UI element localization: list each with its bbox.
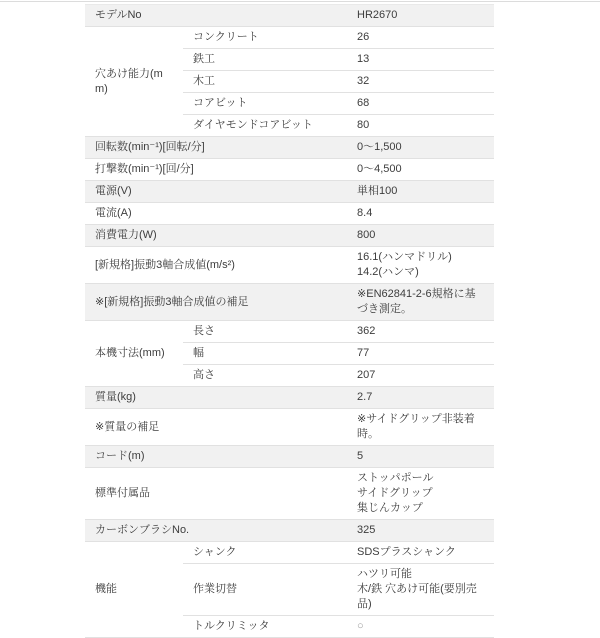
spec-value-line: 14.2(ハンマ) — [357, 265, 484, 280]
spec-label: 打撃数(min⁻¹)[回/分] — [85, 159, 347, 181]
spec-value: ※サイドグリップ非装着時。 — [347, 409, 494, 446]
spec-sublabel: シャンク — [183, 542, 347, 564]
spec-label: 機能 — [85, 542, 183, 601]
spec-value: ハツリ可能 木/鉄 穴あけ可能(要別売品) — [347, 564, 494, 601]
spec-label: 回転数(min⁻¹)[回転/分] — [85, 137, 347, 159]
spec-label: ※質量の補足 — [85, 409, 347, 446]
row-carbon-brush-no: カーボンブラシNo. 325 — [85, 520, 494, 542]
row-current: 電流(A) 8.4 — [85, 203, 494, 225]
spec-label: 標準付属品 — [85, 468, 347, 520]
spec-value: HR2670 — [347, 5, 494, 27]
spec-label: [新規格]振動3軸合成値(m/s²) — [85, 247, 347, 284]
spec-label: 本機寸法(mm) — [85, 321, 183, 387]
spec-value: 単相100 — [347, 181, 494, 203]
spec-value: 16.1(ハンマドリル) 14.2(ハンマ) — [347, 247, 494, 284]
spec-sublabel: コアビット — [183, 93, 347, 115]
spec-value-line: 集じんカップ — [357, 501, 484, 516]
spec-label: 電流(A) — [85, 203, 347, 225]
row-dimensions-length: 本機寸法(mm) 長さ 362 — [85, 321, 494, 343]
spec-value: ※EN62841-2-6規格に基づき測定。 — [347, 284, 494, 321]
spec-value: 325 — [347, 520, 494, 542]
row-vibration-value: [新規格]振動3軸合成値(m/s²) 16.1(ハンマドリル) 14.2(ハンマ… — [85, 247, 494, 284]
spec-label: 穴あけ能力(mm) — [85, 27, 183, 137]
spec-value-line: 16.1(ハンマドリル) — [357, 250, 484, 265]
spec-value: 2.7 — [347, 387, 494, 409]
row-model-no: モデルNo HR2670 — [85, 5, 494, 27]
spec-label: カーボンブラシNo. — [85, 520, 347, 542]
spec-value: SDSプラスシャンク — [347, 542, 494, 564]
spec-value: 5 — [347, 446, 494, 468]
spec-sublabel: 高さ — [183, 365, 347, 387]
row-drill-capacity-concrete: 穴あけ能力(mm) コンクリート 26 — [85, 27, 494, 49]
spec-value: 80 — [347, 115, 494, 137]
spec-value: 0〜1,500 — [347, 137, 494, 159]
spec-table: モデルNo HR2670 穴あけ能力(mm) コンクリート 26 鉄工 13 木… — [85, 4, 494, 600]
spec-value: 32 — [347, 71, 494, 93]
spec-sublabel: 幅 — [183, 343, 347, 365]
row-power-source: 電源(V) 単相100 — [85, 181, 494, 203]
spec-sublabel: ダイヤモンドコアビット — [183, 115, 347, 137]
spec-value: 13 — [347, 49, 494, 71]
spec-label: 消費電力(W) — [85, 225, 347, 247]
spec-sublabel: 鉄工 — [183, 49, 347, 71]
spec-value: 8.4 — [347, 203, 494, 225]
spec-value: 26 — [347, 27, 494, 49]
row-cord-length: コード(m) 5 — [85, 446, 494, 468]
row-standard-accessories: 標準付属品 ストッパポール サイドグリップ 集じんカップ — [85, 468, 494, 520]
row-vibration-note: ※[新規格]振動3軸合成値の補足 ※EN62841-2-6規格に基づき測定。 — [85, 284, 494, 321]
row-power-consumption: 消費電力(W) 800 — [85, 225, 494, 247]
spec-value: 0〜4,500 — [347, 159, 494, 181]
spec-value: 800 — [347, 225, 494, 247]
spec-sublabel: 長さ — [183, 321, 347, 343]
spec-label: コード(m) — [85, 446, 347, 468]
spec-value-line: 木/鉄 穴あけ可能(要別売品) — [357, 582, 484, 600]
spec-value: 68 — [347, 93, 494, 115]
spec-value-line: ストッパポール — [357, 471, 484, 486]
row-impact-rate: 打撃数(min⁻¹)[回/分] 0〜4,500 — [85, 159, 494, 181]
row-rotation-speed: 回転数(min⁻¹)[回転/分] 0〜1,500 — [85, 137, 494, 159]
row-function-shank: 機能 シャンク SDSプラスシャンク — [85, 542, 494, 564]
spec-value-line: サイドグリップ — [357, 486, 484, 501]
page-top-border — [0, 1, 600, 2]
spec-label: モデルNo — [85, 5, 347, 27]
spec-value: 207 — [347, 365, 494, 387]
spec-label: 質量(kg) — [85, 387, 347, 409]
spec-value: ストッパポール サイドグリップ 集じんカップ — [347, 468, 494, 520]
row-weight: 質量(kg) 2.7 — [85, 387, 494, 409]
row-weight-note: ※質量の補足 ※サイドグリップ非装着時。 — [85, 409, 494, 446]
spec-sublabel: 作業切替 — [183, 564, 347, 601]
spec-value: 362 — [347, 321, 494, 343]
spec-value-line: ハツリ可能 — [357, 567, 484, 582]
spec-label: 電源(V) — [85, 181, 347, 203]
spec-label: ※[新規格]振動3軸合成値の補足 — [85, 284, 347, 321]
spec-sublabel: コンクリート — [183, 27, 347, 49]
spec-value: 77 — [347, 343, 494, 365]
spec-sublabel: 木工 — [183, 71, 347, 93]
